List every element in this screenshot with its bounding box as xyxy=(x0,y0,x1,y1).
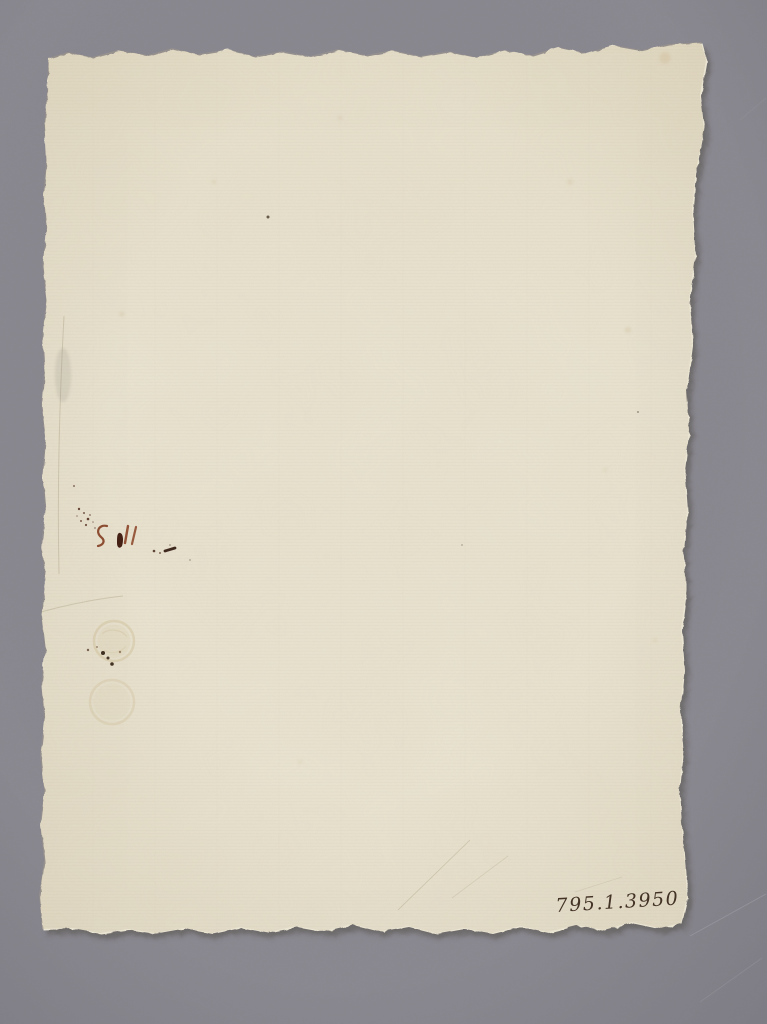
photo-scene: 795.1.3950 xyxy=(0,0,767,1024)
paper-tone-gradient xyxy=(39,42,706,933)
left-edge-smudge xyxy=(55,348,71,402)
circular-stain-lower xyxy=(90,680,134,724)
